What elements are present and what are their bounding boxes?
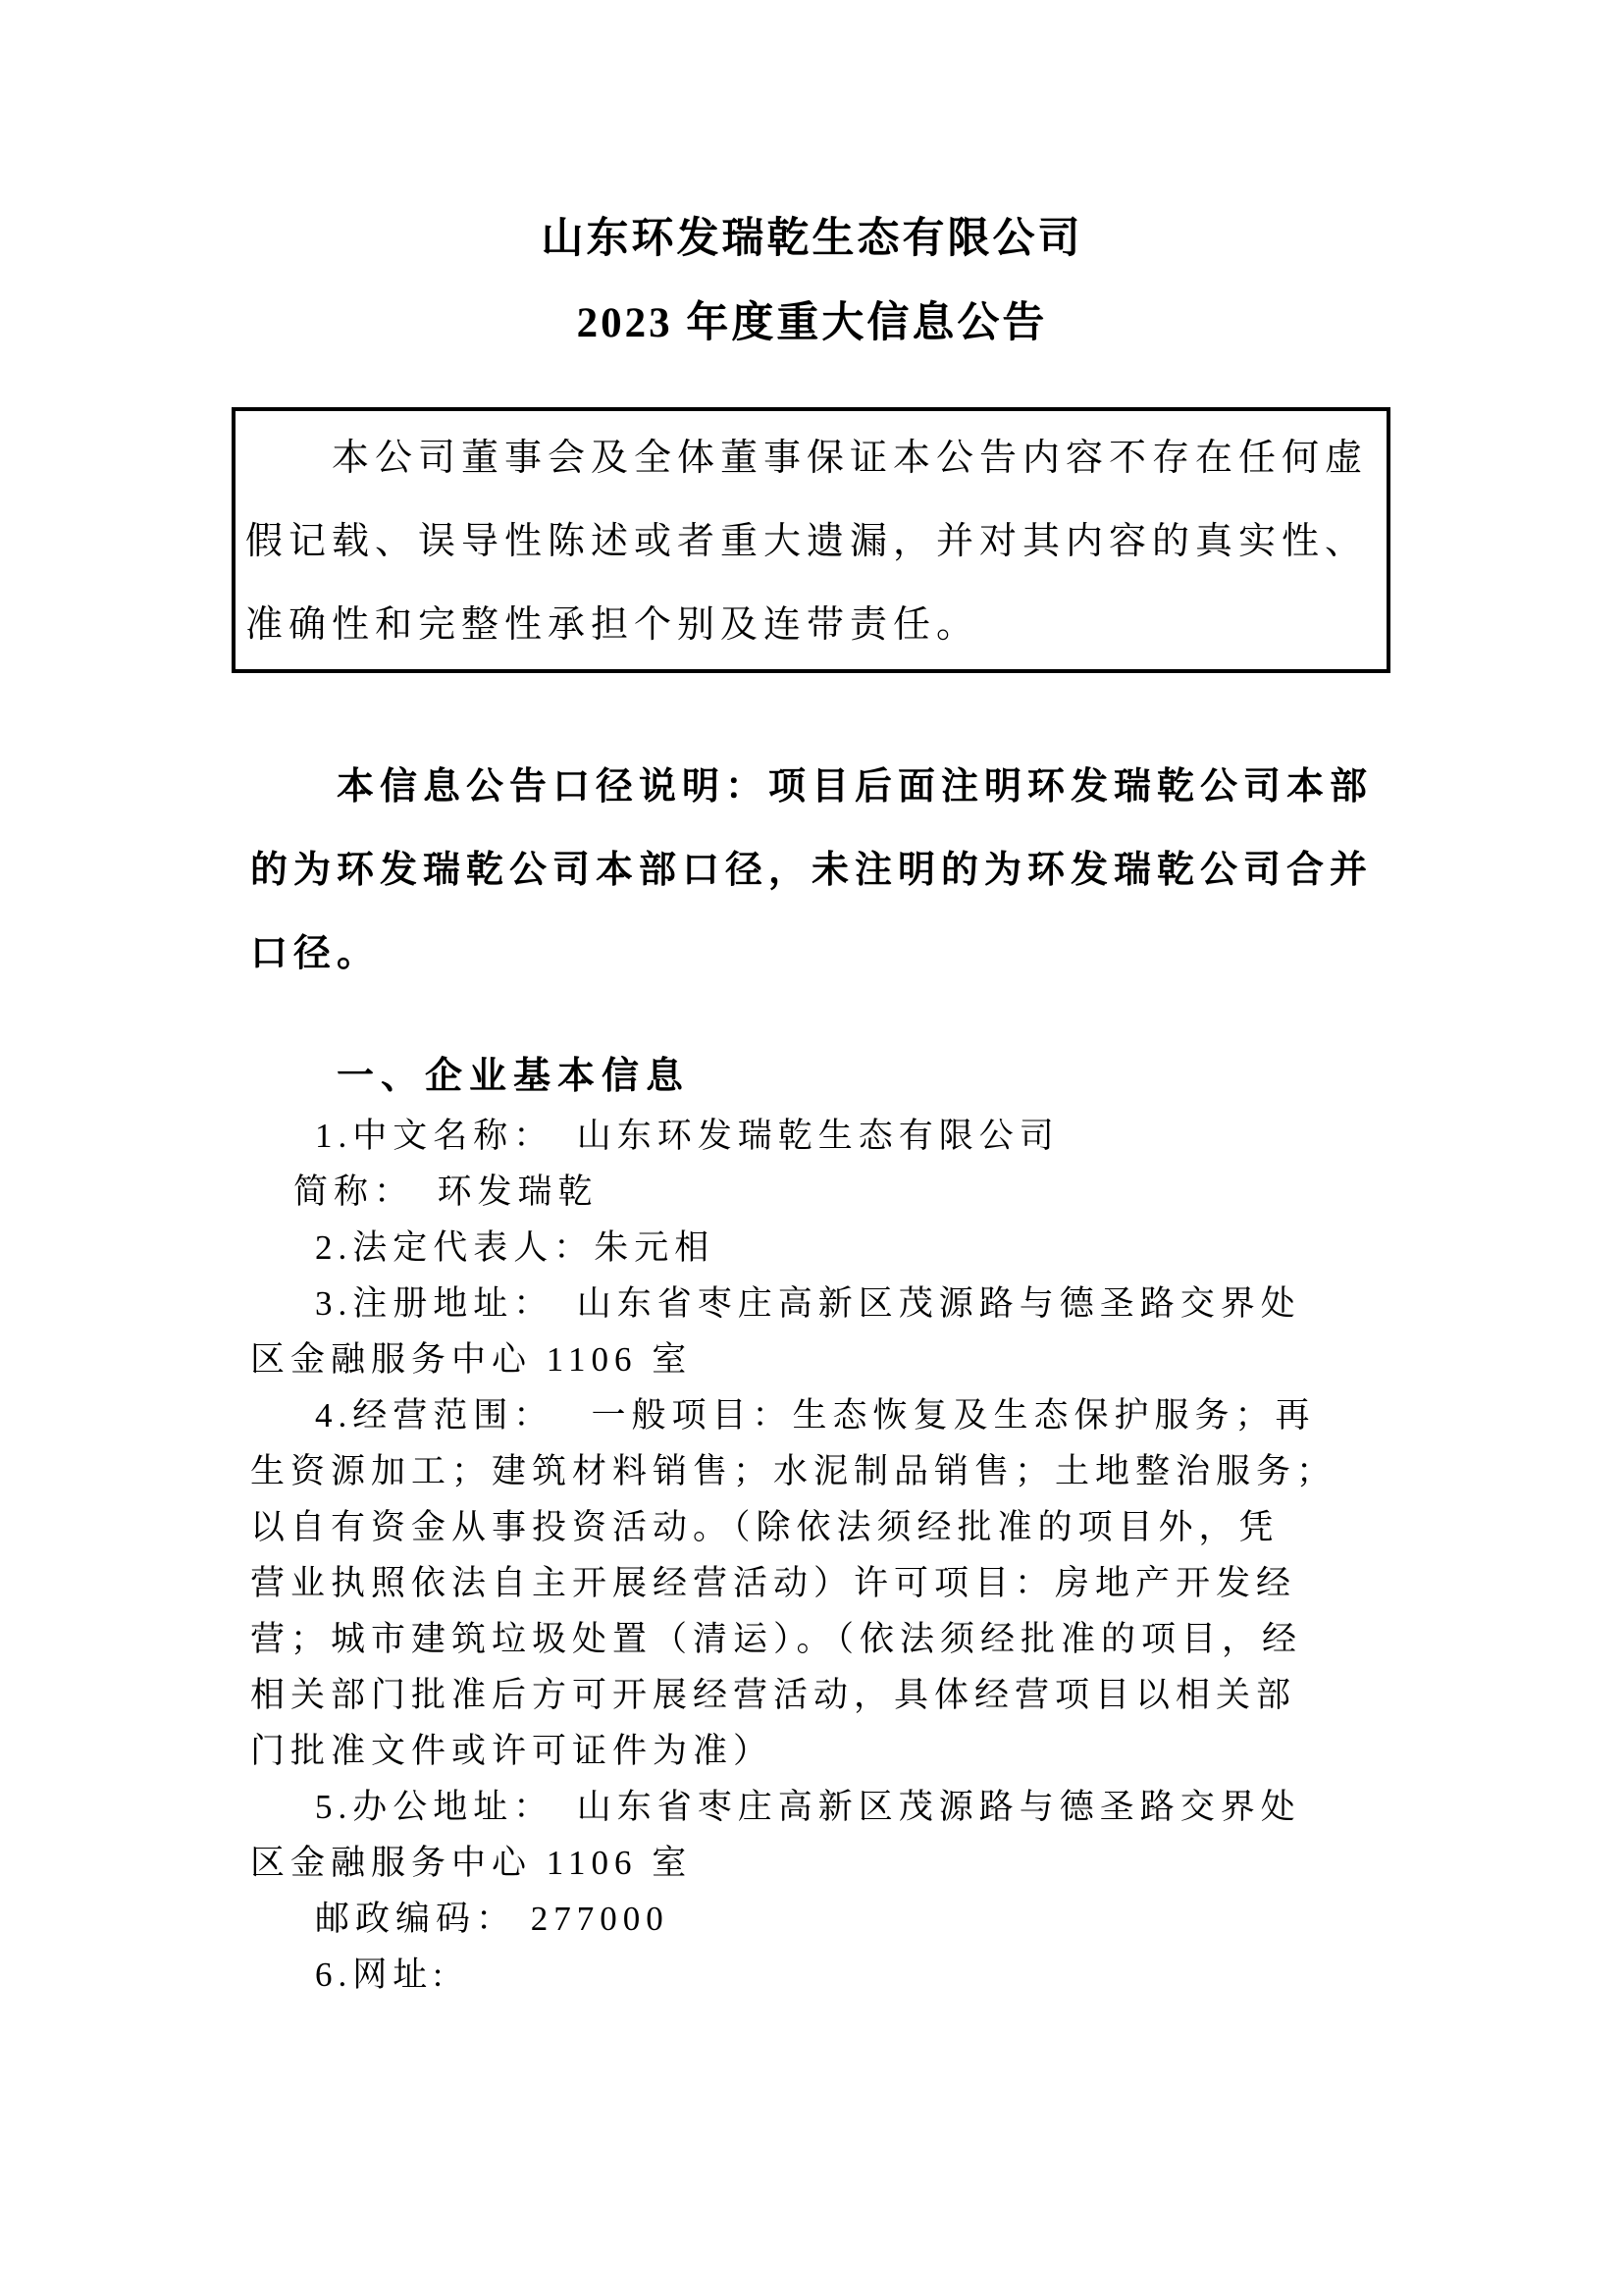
- basic-info-list: 1.中文名称： 山东环发瑞乾生态有限公司简称： 环发瑞乾2.法定代表人：朱元相3…: [250, 1108, 1408, 2003]
- basic-info-line: 区金融服务中心 1106 室: [250, 1835, 1408, 1891]
- statement-line: 假记载、误导性陈述或者重大遗漏，并对其内容的真实性、: [245, 500, 1379, 584]
- basic-info-line: 简称： 环发瑞乾: [250, 1164, 1408, 1220]
- basic-info-line: 生资源加工；建筑材料销售；水泥制品销售；土地整治服务；: [250, 1443, 1408, 1499]
- document-page: 山东环发瑞乾生态有限公司 2023 年度重大信息公告 本公司董事会及全体董事保证…: [0, 0, 1624, 2295]
- statement-line: 准确性和完整性承担个别及连带责任。: [245, 584, 1379, 667]
- statement-line: 本公司董事会及全体董事保证本公告内容不存在任何虚: [245, 417, 1379, 500]
- basic-info-line: 营；城市建筑垃圾处置（清运）。（依法须经批准的项目，经: [250, 1611, 1408, 1667]
- caliber-note-line: 的为环发瑞乾公司本部口径，未注明的为环发瑞乾公司合并: [250, 829, 1408, 913]
- basic-info-line: 区金融服务中心 1106 室: [250, 1331, 1408, 1387]
- board-statement-box: 本公司董事会及全体董事保证本公告内容不存在任何虚假记载、误导性陈述或者重大遗漏，…: [232, 407, 1390, 673]
- section-heading-basic-info: 一、企业基本信息: [250, 1046, 1408, 1107]
- basic-info-line: 2.法定代表人：朱元相: [250, 1220, 1408, 1276]
- caliber-note-line: 本信息公告口径说明：项目后面注明环发瑞乾公司本部: [250, 746, 1408, 829]
- basic-info-line: 6.网址:: [250, 1947, 1408, 2003]
- basic-info-line: 以自有资金从事投资活动。（除依法须经批准的项目外，凭: [250, 1499, 1408, 1555]
- caliber-note: 本信息公告口径说明：项目后面注明环发瑞乾公司本部的为环发瑞乾公司本部口径，未注明…: [250, 746, 1408, 996]
- basic-info-line: 1.中文名称： 山东环发瑞乾生态有限公司: [250, 1108, 1408, 1164]
- basic-info-line: 相关部门批准后方可开展经营活动，具体经营项目以相关部: [250, 1667, 1408, 1723]
- basic-info-line: 邮政编码： 277000: [250, 1891, 1408, 1947]
- caliber-note-line: 口径。: [250, 913, 1408, 996]
- basic-info-line: 营业执照依法自主开展经营活动）许可项目：房地产开发经: [250, 1555, 1408, 1611]
- doc-title: 山东环发瑞乾生态有限公司: [0, 212, 1624, 266]
- basic-info-line: 门批准文件或许可证件为准）: [250, 1723, 1408, 1779]
- basic-info-line: 4.经营范围： 一般项目：生态恢复及生态保护服务；再: [250, 1387, 1408, 1443]
- basic-info-line: 5.办公地址： 山东省枣庄高新区茂源路与德圣路交界处: [250, 1779, 1408, 1835]
- basic-info-line: 3.注册地址： 山东省枣庄高新区茂源路与德圣路交界处: [250, 1276, 1408, 1331]
- doc-subtitle: 2023 年度重大信息公告: [0, 296, 1624, 350]
